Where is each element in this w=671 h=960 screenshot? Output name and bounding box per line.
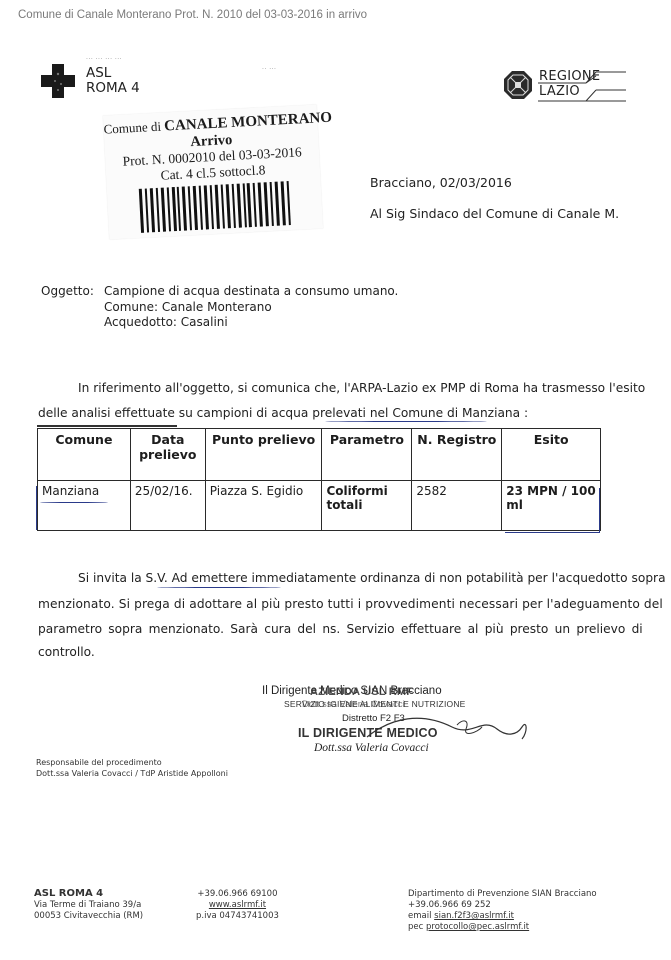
subject-line: Acquedotto: Casalini [104, 315, 398, 331]
col-header: N. Registro [412, 429, 502, 481]
protocol-stamp: Comune di CANALE MONTERANO Arrivo Prot. … [103, 104, 323, 239]
place-date: Bracciano, 02/03/2016 [370, 175, 512, 190]
responsible-block: Responsabile del procedimento Dott.ssa V… [36, 757, 228, 779]
intro-line2-text: delle analisi effettuate su campioni di … [38, 406, 392, 420]
results-table: Comune Data prelievo Punto prelievo Para… [37, 428, 601, 531]
request-line1-post: ordinanza di non potabilità per l'acqued… [356, 571, 665, 585]
request-line1-pre: Si invita la S.V. Ad [78, 571, 191, 585]
col-header: Punto prelievo [205, 429, 322, 481]
col-header: Data prelievo [130, 429, 205, 481]
request-line1: Si invita la S.V. Ad emettere immediatam… [78, 571, 666, 585]
subject-lines: Campione di acqua destinata a consumo um… [104, 284, 398, 331]
barcode-icon [139, 181, 291, 233]
footer-email-label: email [408, 911, 434, 921]
col-header: Parametro [322, 429, 412, 481]
col-header: Comune [38, 429, 131, 481]
region-line2: LAZIO [539, 84, 600, 99]
footer-address2: 00053 Civitavecchia (RM) [34, 911, 143, 922]
cell-comune: Manziana [38, 481, 131, 531]
pen-underline-esito [505, 532, 600, 533]
footer-pec-link[interactable]: protocollo@pec.aslrmf.it [426, 922, 529, 932]
scan-line-artifact [37, 425, 177, 427]
intro-line2-end: : [520, 406, 528, 420]
footer-email-link[interactable]: sian.f2f3@aslrmf.it [434, 911, 514, 921]
cell-parametro: Coliformi totali [322, 481, 412, 531]
table-row: Manziana 25/02/16. Piazza S. Egidio Coli… [38, 481, 601, 531]
footer-pec-label: pec [408, 922, 426, 932]
signature-stamp-line1: AZIENDA USL RMF [310, 686, 413, 698]
footer-department: Dipartimento di Prevenzione SIAN Braccia… [408, 889, 597, 933]
footer-org: ASL ROMA 4 Via Terme di Traiano 39/a 000… [34, 888, 143, 922]
footer-pec-line: pec protocollo@pec.aslrmf.it [408, 922, 597, 933]
responsible-names: Dott.ssa Valeria Covacci / TdP Aristide … [36, 768, 228, 779]
asl-line1: ASL [86, 66, 140, 81]
cell-punto-prelievo: Piazza S. Egidio [205, 481, 322, 531]
footer-contacts: +39.06.966 69100 www.aslrmf.it p.iva 047… [196, 889, 279, 922]
pen-mark-right [599, 488, 600, 532]
handwritten-signature-icon [362, 707, 532, 747]
request-line3: parametro sopra menzionato. Sarà cura de… [38, 622, 643, 636]
pen-mark-left [36, 486, 37, 530]
scan-artifact-text: ··· ··· ··· ··· [86, 56, 122, 63]
highlighted-urgency: emettere immediatamente [191, 571, 356, 585]
highlighted-municipality: Comune di Manziana [392, 406, 520, 420]
footer-department-name: Dipartimento di Prevenzione SIAN Braccia… [408, 889, 597, 900]
table-header-row: Comune Data prelievo Punto prelievo Para… [38, 429, 601, 481]
pen-underline-immediately [157, 587, 281, 588]
footer-website-link[interactable]: www.aslrmf.it [196, 900, 279, 911]
region-line1: REGIONE [539, 69, 600, 84]
col-header: Esito [502, 429, 601, 481]
pen-underline-table-manziana [40, 502, 108, 503]
footer-phone: +39.06.966 69100 [196, 889, 279, 900]
asl-line2: ROMA 4 [86, 81, 140, 96]
footer-department-phone: +39.06.966 69 252 [408, 900, 597, 911]
subject-line: Comune: Canale Monterano [104, 300, 398, 316]
regione-lazio-name: REGIONE LAZIO [539, 69, 600, 99]
intro-line2: delle analisi effettuate su campioni di … [38, 406, 528, 420]
stamp-prefix: Comune di [103, 119, 161, 137]
red-cross-icon [41, 64, 75, 98]
responsible-label: Responsabile del procedimento [36, 757, 228, 768]
footer-email-line: email sian.f2f3@aslrmf.it [408, 911, 597, 922]
footer-address1: Via Terme di Traiano 39/a [34, 900, 143, 911]
header-protocol-note: Comune di Canale Monterano Prot. N. 2010… [18, 9, 367, 21]
footer-vat: p.iva 04743741003 [196, 911, 279, 922]
scan-artifact-text-2: ·· ··· [262, 66, 276, 73]
request-line2: menzionato. Si prega di adottare al più … [38, 597, 663, 611]
asl-org-name: ASL ROMA 4 [86, 66, 140, 96]
cell-data-prelievo: 25/02/16. [130, 481, 205, 531]
subject-label: Oggetto: [41, 284, 94, 298]
cell-registro: 2582 [412, 481, 502, 531]
regione-lazio-emblem-icon [503, 70, 533, 100]
cell-esito: 23 MPN / 100 ml [502, 481, 601, 531]
footer-org-name: ASL ROMA 4 [34, 888, 103, 899]
request-line4: controllo. [38, 645, 95, 659]
intro-line1: In riferimento all'oggetto, si comunica … [78, 381, 645, 395]
pen-underline-manziana [325, 421, 487, 422]
recipient: Al Sig Sindaco del Comune di Canale M. [370, 206, 619, 221]
subject-line: Campione di acqua destinata a consumo um… [104, 284, 398, 300]
